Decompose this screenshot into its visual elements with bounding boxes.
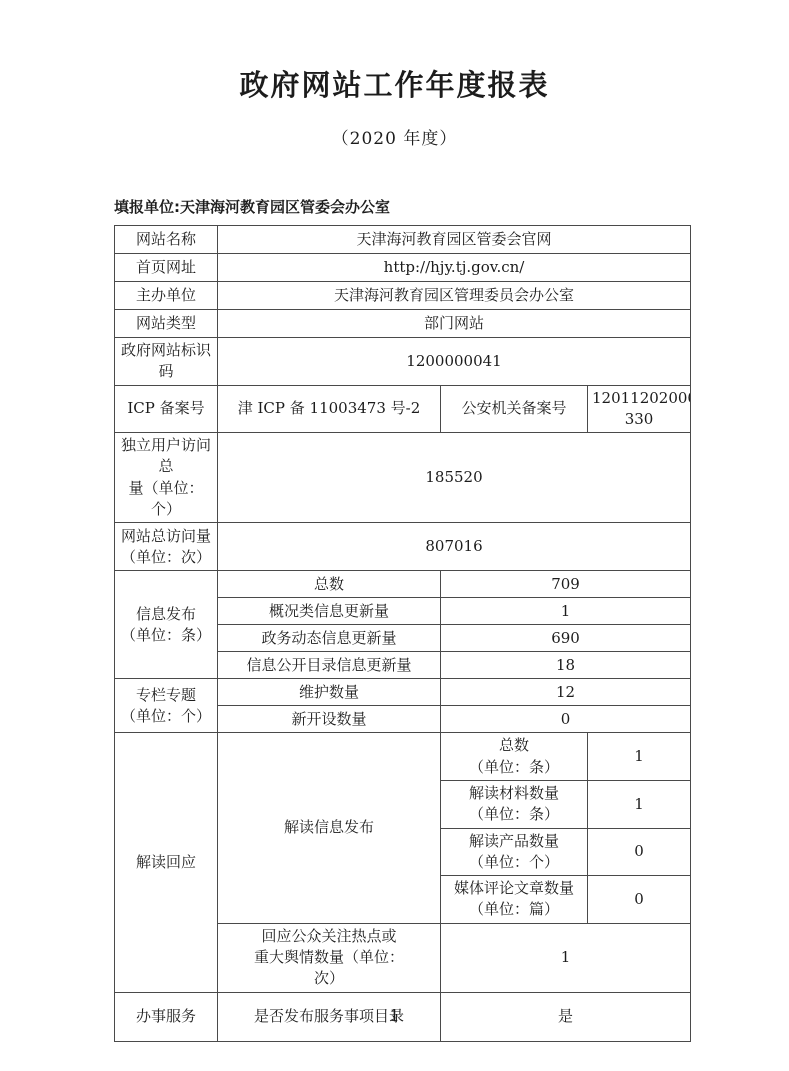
site-name-label: 网站名称 [115,226,218,254]
table-row: 主办单位 天津海河教育园区管理委员会办公室 [115,282,691,310]
report-year-subtitle: （2020 年度） [0,128,789,150]
security-filing-label: 公安机关备案号 [441,385,588,433]
site-type-value: 部门网站 [218,310,691,338]
interpretation-materials-label: 解读材料数量 （单位：条） [441,780,588,828]
table-row: 政府网站标识码 1200000041 [115,338,691,386]
total-visits-label: 网站总访问量 （单位：次） [115,523,218,571]
total-visits-value: 807016 [218,523,691,571]
security-filing-value: 12011202000 330 [588,385,691,433]
site-name-value: 天津海河教育园区管委会官网 [218,226,691,254]
sponsor-label: 主办单位 [115,282,218,310]
table-row: 网站总访问量 （单位：次） 807016 [115,523,691,571]
site-code-value: 1200000041 [218,338,691,386]
table-row: 网站类型 部门网站 [115,310,691,338]
table-row: 解读回应 解读信息发布 总数 （单位：条） 1 [115,733,691,781]
interpretation-publish-label: 解读信息发布 [218,733,441,923]
special-columns-maintained-label: 维护数量 [218,679,441,706]
table-row: ICP 备案号 津 ICP 备 11003473 号-2 公安机关备案号 120… [115,385,691,433]
hotspot-response-label: 回应公众关注热点或 重大舆情数量（单位： 次） [218,923,441,992]
info-publish-overview-label: 概况类信息更新量 [218,598,441,625]
info-publish-dynamics-label: 政务动态信息更新量 [218,625,441,652]
info-publish-label: 信息发布 （单位：条） [115,571,218,679]
special-columns-label: 专栏专题 （单位：个） [115,679,218,733]
site-type-label: 网站类型 [115,310,218,338]
interpretation-media-label: 媒体评论文章数量 （单位：篇） [441,876,588,924]
info-publish-directory-label: 信息公开目录信息更新量 [218,652,441,679]
table-row: 专栏专题 （单位：个） 维护数量 12 [115,679,691,706]
home-url-label: 首页网址 [115,254,218,282]
interpretation-label: 解读回应 [115,733,218,992]
special-columns-new-value: 0 [441,706,691,733]
table-row: 信息发布 （单位：条） 总数 709 [115,571,691,598]
info-publish-directory-value: 18 [441,652,691,679]
table-row: 网站名称 天津海河教育园区管委会官网 [115,226,691,254]
interpretation-total-label: 总数 （单位：条） [441,733,588,781]
page-title: 政府网站工作年度报表 [0,0,789,104]
sponsor-value: 天津海河教育园区管理委员会办公室 [218,282,691,310]
icp-value: 津 ICP 备 11003473 号-2 [218,385,441,433]
info-publish-dynamics-value: 690 [441,625,691,652]
special-columns-new-label: 新开设数量 [218,706,441,733]
special-columns-maintained-value: 12 [441,679,691,706]
home-url-value: http://hjy.tj.gov.cn/ [218,254,691,282]
info-publish-overview-value: 1 [441,598,691,625]
table-row: 首页网址 http://hjy.tj.gov.cn/ [115,254,691,282]
info-publish-total-value: 709 [441,571,691,598]
report-page: 政府网站工作年度报表 （2020 年度） 填报单位:天津海河教育园区管委会办公室… [0,0,789,1071]
interpretation-materials-value: 1 [588,780,691,828]
info-publish-total-label: 总数 [218,571,441,598]
interpretation-products-value: 0 [588,828,691,876]
interpretation-total-value: 1 [588,733,691,781]
interpretation-media-value: 0 [588,876,691,924]
hotspot-response-value: 1 [441,923,691,992]
page-number: 1 [0,1006,789,1025]
site-code-label: 政府网站标识码 [115,338,218,386]
icp-label: ICP 备案号 [115,385,218,433]
filing-unit-line: 填报单位:天津海河教育园区管委会办公室 [114,197,789,217]
unique-visitors-label: 独立用户访问总 量（单位：个） [115,433,218,523]
interpretation-products-label: 解读产品数量 （单位：个） [441,828,588,876]
unique-visitors-value: 185520 [218,433,691,523]
table-row: 独立用户访问总 量（单位：个） 185520 [115,433,691,523]
annual-report-table: 网站名称 天津海河教育园区管委会官网 首页网址 http://hjy.tj.go… [114,225,691,1042]
